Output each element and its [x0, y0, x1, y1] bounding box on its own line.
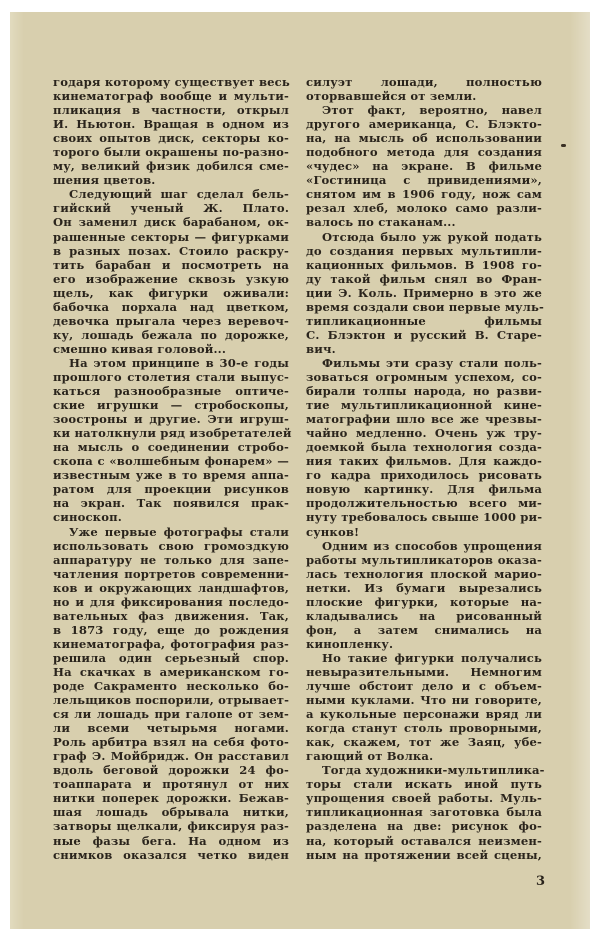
text-line: му, великий физик добился сме- — [53, 159, 289, 173]
text-line: синоскоп. — [53, 510, 289, 524]
text-line: Следующий шаг сделал бель- — [53, 187, 289, 201]
text-line: ратом для проекции рисунков — [53, 482, 289, 496]
text-line: время создали свои первые муль- — [306, 300, 542, 314]
page-number: 3 — [536, 874, 545, 889]
text-line: подобного метода для создания — [306, 145, 542, 159]
text-line: лучше обстоит дело и с объем- — [306, 679, 542, 693]
text-line: го кадра приходилось рисовать — [306, 468, 542, 482]
text-line: На скачках в американском го- — [53, 665, 289, 679]
text-line: вдоль беговой дорожки 24 фо- — [53, 763, 289, 777]
text-line: И. Ньютон. Вращая в одном из — [53, 117, 289, 131]
text-line: девочка прыгала через веревоч- — [53, 314, 289, 328]
text-line: шения цветов. — [53, 173, 289, 187]
text-line: валось по стаканам... — [306, 215, 542, 229]
text-line: как, скажем, тот же Заяц, убе- — [306, 735, 542, 749]
text-line: фон, а затем снимались на — [306, 623, 542, 637]
text-line: сунков! — [306, 525, 542, 539]
text-line: вич. — [306, 342, 542, 356]
text-line: Отсюда было уж рукой подать — [306, 230, 542, 244]
text-line: Одним из способов упрощения — [306, 539, 542, 553]
text-line: своих опытов диск, секторы ко- — [53, 131, 289, 145]
text-line: гийский ученый Ж. Плато. — [53, 201, 289, 215]
left-column: годаря которому существует веськинематог… — [53, 75, 289, 862]
text-line: другого американца, С. Блэкто- — [306, 117, 542, 131]
text-line: на экран. Так появился прак- — [53, 496, 289, 510]
text-line: тить барабан и посмотреть на — [53, 258, 289, 272]
paragraph: На этом принципе в 30-е годыпрошлого сто… — [53, 356, 289, 525]
paragraph: Этот факт, вероятно, навелдругого америк… — [306, 103, 542, 229]
text-line: пликация в частности, открыл — [53, 103, 289, 117]
paragraph: годаря которому существует веськинематог… — [53, 75, 289, 187]
text-line: чатления портретов современни- — [53, 567, 289, 581]
text-line: Роль арбитра взял на себя фото- — [53, 735, 289, 749]
text-line: работы мультипликаторов оказа- — [306, 553, 542, 567]
text-line: бабочка порхала над цветком, — [53, 300, 289, 314]
text-line: ния таких фильмов. Для каждо- — [306, 454, 542, 468]
text-line: решила один серьезный спор. — [53, 651, 289, 665]
text-line: ли всеми четырьмя ногами. — [53, 721, 289, 735]
text-line: Этот факт, вероятно, навел — [306, 103, 542, 117]
text-line: зоваться огромным успехом, со- — [306, 370, 542, 384]
text-line: его изображение сквозь узкую — [53, 272, 289, 286]
text-line: вательных фаз движения. Так, — [53, 609, 289, 623]
text-line: Но такие фигурки получались — [306, 651, 542, 665]
text-line: лась технология плоской марио- — [306, 567, 542, 581]
text-line: тие мультипликационной кине- — [306, 398, 542, 412]
text-line: С. Блэктон и русский В. Старе- — [306, 328, 542, 342]
text-line: годаря которому существует весь — [53, 75, 289, 89]
paragraph: Следующий шаг сделал бель-гийский ученый… — [53, 187, 289, 356]
text-line: известным уже в то время аппа- — [53, 468, 289, 482]
text-line: ные фазы бега. На одном из — [53, 834, 289, 848]
text-line: Он заменил диск барабаном, ок- — [53, 215, 289, 229]
text-line: шая лошадь обрывала нитки, — [53, 805, 289, 819]
text-line: кладывались на рисованный — [306, 609, 542, 623]
text-line: ными куклами. Что ни говорите, — [306, 693, 542, 707]
text-line: кинематограф вообще и мульти- — [53, 89, 289, 103]
text-line: на мысль о соединении стробо- — [53, 440, 289, 454]
text-line: доемкой была технология созда- — [306, 440, 542, 454]
text-line: рашенные секторы — фигурками — [53, 230, 289, 244]
text-line: нетки. Из бумаги вырезались — [306, 581, 542, 595]
text-line: скопа с «волшебным фонарем» — — [53, 454, 289, 468]
paragraph: Одним из способов упрощенияработы мульти… — [306, 539, 542, 651]
text-line: оторвавшейся от земли. — [306, 89, 542, 103]
text-line: аппаратуру не только для запе- — [53, 553, 289, 567]
text-line: смешно кивая головой... — [53, 342, 289, 356]
text-line: силуэт лошади, полностью — [306, 75, 542, 89]
text-line: ки натолкнули ряд изобретателей — [53, 426, 289, 440]
text-line: ным на протяжении всей сцены, — [306, 848, 542, 862]
text-line: типликационная заготовка была — [306, 805, 542, 819]
text-line: резал хлеб, молоко само разли- — [306, 201, 542, 215]
text-line: торого были окрашены по-разно- — [53, 145, 289, 159]
text-line: ду такой фильм снял во Фран- — [306, 272, 542, 286]
book-page: годаря которому существует веськинематог… — [10, 12, 590, 929]
text-line: ские игрушки — стробоскопы, — [53, 398, 289, 412]
text-line: а кукольные персонажи вряд ли — [306, 707, 542, 721]
text-line: щель, как фигурки оживали: — [53, 286, 289, 300]
text-line: в разных позах. Стоило раскру- — [53, 244, 289, 258]
text-line: нуту требовалось свыше 1000 ри- — [306, 510, 542, 524]
text-line: упрощения своей работы. Муль- — [306, 791, 542, 805]
text-line: снятом им в 1906 году, нож сам — [306, 187, 542, 201]
text-line: «чудес» на экране. В фильме — [306, 159, 542, 173]
text-line: бирали толпы народа, но разви- — [306, 384, 542, 398]
text-line: Фильмы эти сразу стали поль- — [306, 356, 542, 370]
text-line: когда станут столь проворными, — [306, 721, 542, 735]
text-line: кинематографа, фотография раз- — [53, 637, 289, 651]
text-line: зоостроны и другие. Эти игруш- — [53, 412, 289, 426]
text-line: торы стали искать иной путь — [306, 777, 542, 791]
text-line: «Гостиница с привидениями», — [306, 173, 542, 187]
paragraph: силуэт лошади, полностьюоторвавшейся от … — [306, 75, 542, 103]
text-line: Уже первые фотографы стали — [53, 525, 289, 539]
text-line: новую картинку. Для фильма — [306, 482, 542, 496]
text-line: продолжительностью всего ми- — [306, 496, 542, 510]
paragraph: Уже первые фотографы сталииспользовать с… — [53, 525, 289, 862]
text-line: использовать свою громоздкую — [53, 539, 289, 553]
text-line: чайно медленно. Очень уж тру- — [306, 426, 542, 440]
text-line: ции Э. Коль. Примерно в это же — [306, 286, 542, 300]
text-line: на, который оставался неизмен- — [306, 834, 542, 848]
text-line: нитки поперек дорожки. Бежав- — [53, 791, 289, 805]
text-line: кационных фильмов. В 1908 го- — [306, 258, 542, 272]
paragraph: Тогда художники-мультиплика-торы стали и… — [306, 763, 542, 861]
text-line: ся ли лошадь при галопе от зем- — [53, 707, 289, 721]
text-line: разделена на две: рисунок фо- — [306, 819, 542, 833]
text-line: в 1873 году, еще до рождения — [53, 623, 289, 637]
ink-speck — [561, 144, 566, 147]
text-line: до создания первых мультипли- — [306, 244, 542, 258]
text-line: ку, лошадь бежала по дорожке, — [53, 328, 289, 342]
text-line: на, на мысль об использовании — [306, 131, 542, 145]
text-line: Тогда художники-мультиплика- — [306, 763, 542, 777]
text-line: невыразительными. Немногим — [306, 665, 542, 679]
text-line: матографии шло все же чрезвы- — [306, 412, 542, 426]
text-line: снимков оказался четко виден — [53, 848, 289, 862]
text-line: роде Сакраменто несколько бо- — [53, 679, 289, 693]
text-line: ков и окружающих ландшафтов, — [53, 581, 289, 595]
text-line: кинопленку. — [306, 637, 542, 651]
paragraph: Но такие фигурки получалисьневыразительн… — [306, 651, 542, 763]
text-line: граф Э. Мойбридж. Он расставил — [53, 749, 289, 763]
text-line: затворы щелкали, фиксируя раз- — [53, 819, 289, 833]
text-line: типликационные фильмы — [306, 314, 542, 328]
paragraph: Отсюда было уж рукой податьдо создания п… — [306, 230, 542, 356]
text-line: гающий от Волка. — [306, 749, 542, 763]
text-line: тоаппарата и протянул от них — [53, 777, 289, 791]
text-line: прошлого столетия стали выпус- — [53, 370, 289, 384]
text-line: но и для фиксирования последо- — [53, 595, 289, 609]
right-column: силуэт лошади, полностьюоторвавшейся от … — [306, 75, 542, 862]
text-line: лельщиков поспорили, отрывает- — [53, 693, 289, 707]
text-line: каться разнообразные оптиче- — [53, 384, 289, 398]
text-line: плоские фигурки, которые на- — [306, 595, 542, 609]
text-line: На этом принципе в 30-е годы — [53, 356, 289, 370]
paragraph: Фильмы эти сразу стали поль-зоваться огр… — [306, 356, 542, 539]
